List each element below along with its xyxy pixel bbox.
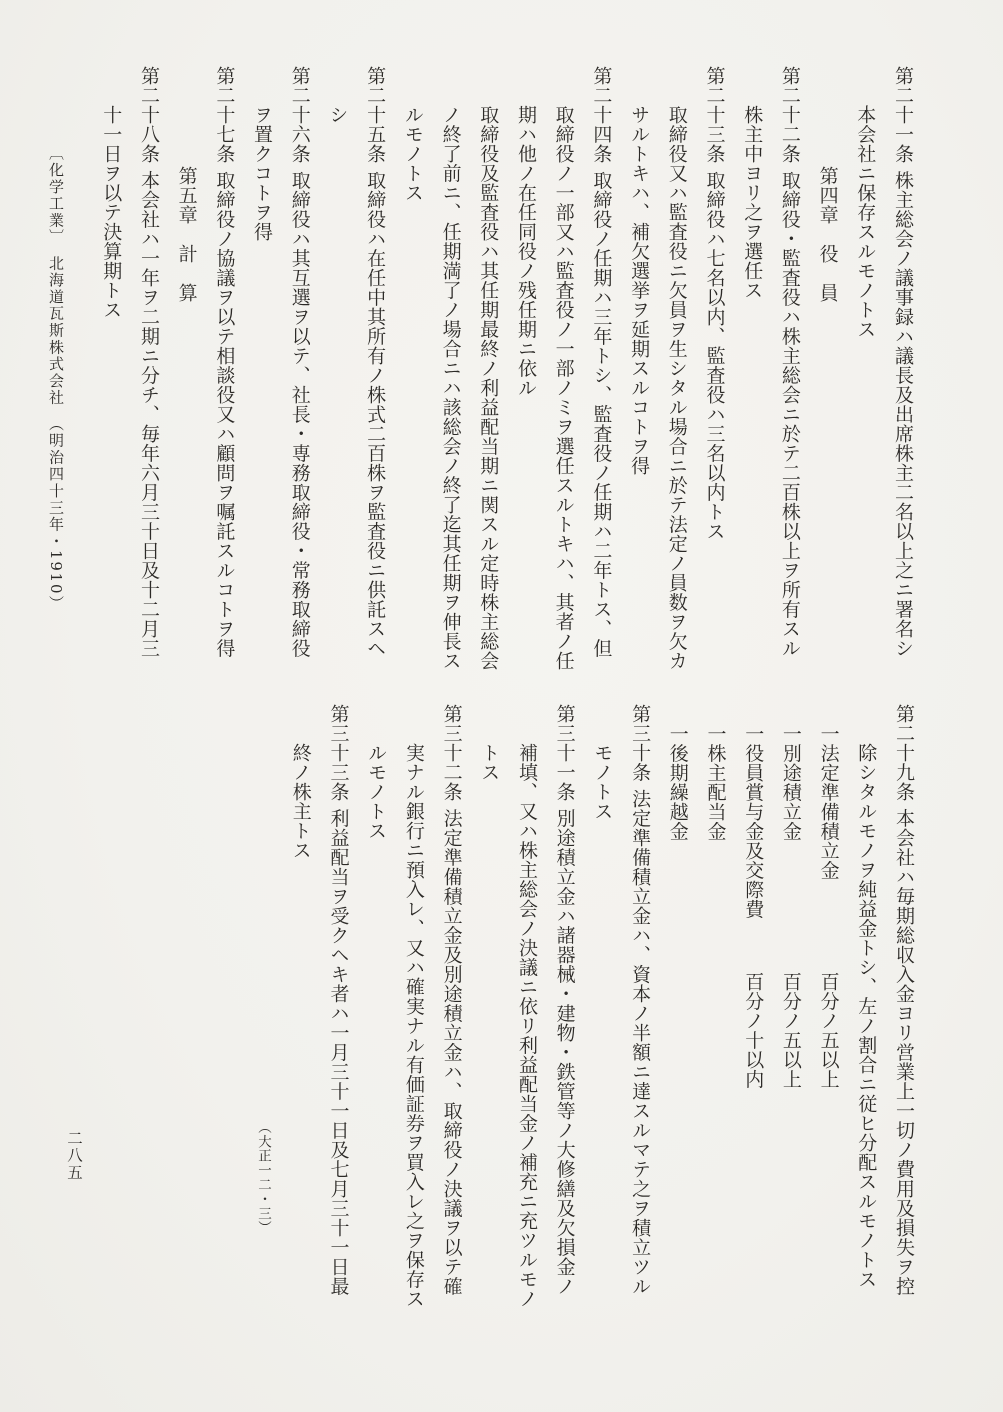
article-column: 第三十条 法定準備積立金ハ、資本ノ半額ニ達スルマテ之ヲ積立ツル: [620, 704, 658, 1364]
column-text: 第二十五条 取締役ハ在任中其所有ノ株式二百株ヲ監査役ニ供託スヘ: [364, 66, 386, 658]
article-column: 第二十六条 取締役ハ其互選ヲ以テ、社長・専務取締役・常務取締役: [280, 66, 318, 684]
column-text: 一後期繰越金: [667, 724, 689, 841]
column-text: 取締役及監査役ハ其任期最終ノ利益配当期ニ関スル定時株主総会: [477, 105, 499, 671]
column-text: トス: [478, 743, 500, 782]
column-text: 補填、又ハ株主総会ノ決議ニ依リ利益配当金ノ補充ニ充ツルモノ: [516, 743, 538, 1309]
column-text: ノ終了前ニ、任期満了ノ場合ニハ該総会ノ終了迄其任期ヲ伸長ス: [440, 105, 462, 671]
continuation-column: ヲ置クコトヲ得: [242, 66, 280, 684]
column-text: 第五章 計 算: [176, 166, 198, 303]
list-item-column: 一法定準備積立金百分ノ五以上: [809, 704, 847, 1364]
continuation-column: 本会社ニ保存スルモノトス: [846, 66, 884, 684]
column-text: 株主中ヨリ之ヲ選任ス: [741, 105, 763, 300]
column-text: 第二十二条 取締役・監査役ハ株主総会ニ於テ二百株以上ヲ所有スル: [779, 66, 801, 658]
column-text: 第三十一条 別途積立金ハ諸器械・建物・鉄管等ノ大修繕及欠損金ノ: [554, 704, 576, 1296]
column-text: 第二十七条 取締役ノ協議ヲ以テ相談役又ハ顧問ヲ嘱託スルコトヲ得: [213, 66, 235, 658]
article-column: 第二十五条 取締役ハ在任中其所有ノ株式二百株ヲ監査役ニ供託スヘ: [355, 66, 393, 684]
column-text: サルトキハ、補欠選挙ヲ延期スルコトヲ得: [628, 105, 650, 476]
continuation-column: ノ終了前ニ、任期満了ノ場合ニハ該総会ノ終了迄其任期ヲ伸長ス: [431, 66, 469, 684]
continuation-column: ルモノトス: [356, 704, 394, 1364]
column-text: 第二十四条 取締役ノ任期ハ三年トシ、監査役ノ任期ハ二年トス、但: [590, 66, 612, 658]
continuation-column: トス: [470, 704, 508, 1364]
continuation-column: モノトス: [583, 704, 621, 1364]
chapter-heading: 第四章 役 員: [808, 66, 846, 684]
article-column: 第二十七条 取締役ノ協議ヲ以テ相談役又ハ顧問ヲ嘱託スルコトヲ得: [205, 66, 243, 684]
article-column: 第二十八条 本会社ハ一年ヲ二期ニ分チ、毎年六月三十日及十二月三: [129, 66, 167, 684]
column-text: 第二十三条 取締役ハ七名以内、監査役ハ三名以内トス: [703, 66, 725, 541]
continuation-column: 取締役ノ一部又ハ監査役ノ一部ノミヲ選任スルトキハ、其者ノ任: [544, 66, 582, 684]
column-text: 期ハ他ノ在任同役ノ残任期ニ依ル: [515, 105, 537, 398]
column-text: 第三十二条 法定準備積立金及別途積立金ハ、取締役ノ決議ヲ以テ確: [441, 704, 463, 1296]
continuation-column: 十一日ヲ以テ決算期トス: [92, 66, 130, 684]
continuation-column: 実ナル銀行ニ預入レ、又ハ確実ナル有価証券ヲ買入レ之ヲ保存ス: [394, 704, 432, 1364]
list-item-column: 一株主配当金: [696, 704, 734, 1364]
column-text: （大正一二・三）: [255, 1120, 271, 1235]
column-text: 終ノ株主トス: [290, 743, 312, 860]
article-column: 第二十四条 取締役ノ任期ハ三年トシ、監査役ノ任期ハ二年トス、但: [582, 66, 620, 684]
articles-29-to-33-text-block: 第二十九条 本会社ハ毎期総収入金ヨリ営業上一切ノ費用及損失ヲ控除シタルモノヲ純益…: [243, 704, 922, 1364]
column-text: 実ナル銀行ニ預入レ、又ハ確実ナル有価証券ヲ買入レ之ヲ保存ス: [403, 743, 425, 1309]
column-text: 第二十一条 株主総会ノ議事録ハ議長及出席株主二名以上之ニ署名シ: [892, 66, 914, 658]
column-text: ヲ置クコトヲ得: [251, 105, 273, 242]
column-text: 第二十九条 本会社ハ毎期総収入金ヨリ営業上一切ノ費用及損失ヲ控: [893, 704, 915, 1296]
article-column: 第二十九条 本会社ハ毎期総収入金ヨリ営業上一切ノ費用及損失ヲ控: [884, 704, 922, 1364]
articles-21-to-28-text-block: 第二十一条 株主総会ノ議事録ハ議長及出席株主二名以上之ニ署名シ本会社ニ保存スルモ…: [91, 66, 921, 684]
chapter-heading: 第五章 計 算: [167, 66, 205, 684]
allocation-ratio-value: 百分ノ十以内: [733, 972, 771, 1089]
column-text: 一別途積立金: [780, 724, 802, 841]
continuation-column: 取締役又ハ監査役ニ欠員ヲ生シタル場合ニ於テ法定ノ員数ヲ欠カ: [657, 66, 695, 684]
column-text: 第二十六条 取締役ハ其互選ヲ以テ、社長・専務取締役・常務取締役: [289, 66, 311, 658]
continuation-column: ルモノトス: [393, 66, 431, 684]
article-column: 第二十一条 株主総会ノ議事録ハ議長及出席株主二名以上之ニ署名シ: [883, 66, 921, 684]
allocation-ratio-value: 百分ノ五以上: [771, 972, 809, 1089]
column-text: ルモノトス: [365, 743, 387, 841]
continuation-column: 期ハ他ノ在任同役ノ残任期ニ依ル: [506, 66, 544, 684]
continuation-column: サルトキハ、補欠選挙ヲ延期スルコトヲ得: [619, 66, 657, 684]
column-text: 取締役又ハ監査役ニ欠員ヲ生シタル場合ニ於テ法定ノ員数ヲ欠カ: [666, 105, 688, 671]
continuation-column: 除シタルモノヲ純益金トシ、左ノ割合ニ従ヒ分配スルモノトス: [847, 704, 885, 1364]
continuation-column: 終ノ株主トス: [281, 704, 319, 1364]
column-text: 一株主配当金: [704, 724, 726, 841]
column-text: 本会社ニ保存スルモノトス: [854, 105, 876, 339]
column-text: モノトス: [591, 743, 613, 821]
column-text: 取締役ノ一部又ハ監査役ノ一部ノミヲ選任スルトキハ、其者ノ任: [553, 105, 575, 671]
article-column: 第二十三条 取締役ハ七名以内、監査役ハ三名以内トス: [695, 66, 733, 684]
column-text: 第三十三条 利益配当ヲ受クヘキ者ハ一月三十一日及七月三十一日最: [327, 704, 349, 1296]
article-column: 第三十二条 法定準備積立金及別途積立金ハ、取締役ノ決議ヲ以テ確: [432, 704, 470, 1364]
column-text: 除シタルモノヲ純益金トシ、左ノ割合ニ従ヒ分配スルモノトス: [855, 743, 877, 1289]
column-text: 第二十八条 本会社ハ一年ヲ二期ニ分チ、毎年六月三十日及十二月三: [138, 66, 160, 658]
allocation-ratio-value: 百分ノ五以上: [809, 972, 847, 1089]
attribution-column: （大正一二・三）: [243, 704, 281, 1364]
continuation-column: シ: [318, 66, 356, 684]
continuation-column: 取締役及監査役ハ其任期最終ノ利益配当期ニ関スル定時株主総会: [469, 66, 507, 684]
article-column: 第二十二条 取締役・監査役ハ株主総会ニ於テ二百株以上ヲ所有スル: [770, 66, 808, 684]
column-text: 第四章 役 員: [817, 166, 839, 303]
column-text: シ: [326, 105, 348, 125]
source-citation: 〔化学工業〕 北海道瓦斯株式会社 （明治四十三年・1910）: [41, 145, 71, 612]
column-text: 十一日ヲ以テ決算期トス: [100, 105, 122, 320]
list-item-column: 一別途積立金百分ノ五以上: [771, 704, 809, 1364]
column-text: 一役員賞与金及交際費: [742, 724, 764, 919]
continuation-column: 株主中ヨリ之ヲ選任ス: [732, 66, 770, 684]
column-text: 一法定準備積立金: [818, 724, 840, 880]
article-column: 第三十三条 利益配当ヲ受クヘキ者ハ一月三十一日及七月三十一日最: [319, 704, 357, 1364]
scanned-document-page: 第二十一条 株主総会ノ議事録ハ議長及出席株主二名以上之ニ署名シ本会社ニ保存スルモ…: [0, 0, 1003, 1412]
list-item-column: 一役員賞与金及交際費百分ノ十以内: [733, 704, 771, 1364]
list-item-column: 一後期繰越金: [658, 704, 696, 1364]
column-text: ルモノトス: [402, 105, 424, 203]
article-column: 第三十一条 別途積立金ハ諸器械・建物・鉄管等ノ大修繕及欠損金ノ: [545, 704, 583, 1364]
page-number: 二八五: [62, 1130, 86, 1181]
column-text: 第三十条 法定準備積立金ハ、資本ノ半額ニ達スルマテ之ヲ積立ツル: [629, 704, 651, 1296]
continuation-column: 補填、又ハ株主総会ノ決議ニ依リ利益配当金ノ補充ニ充ツルモノ: [507, 704, 545, 1364]
